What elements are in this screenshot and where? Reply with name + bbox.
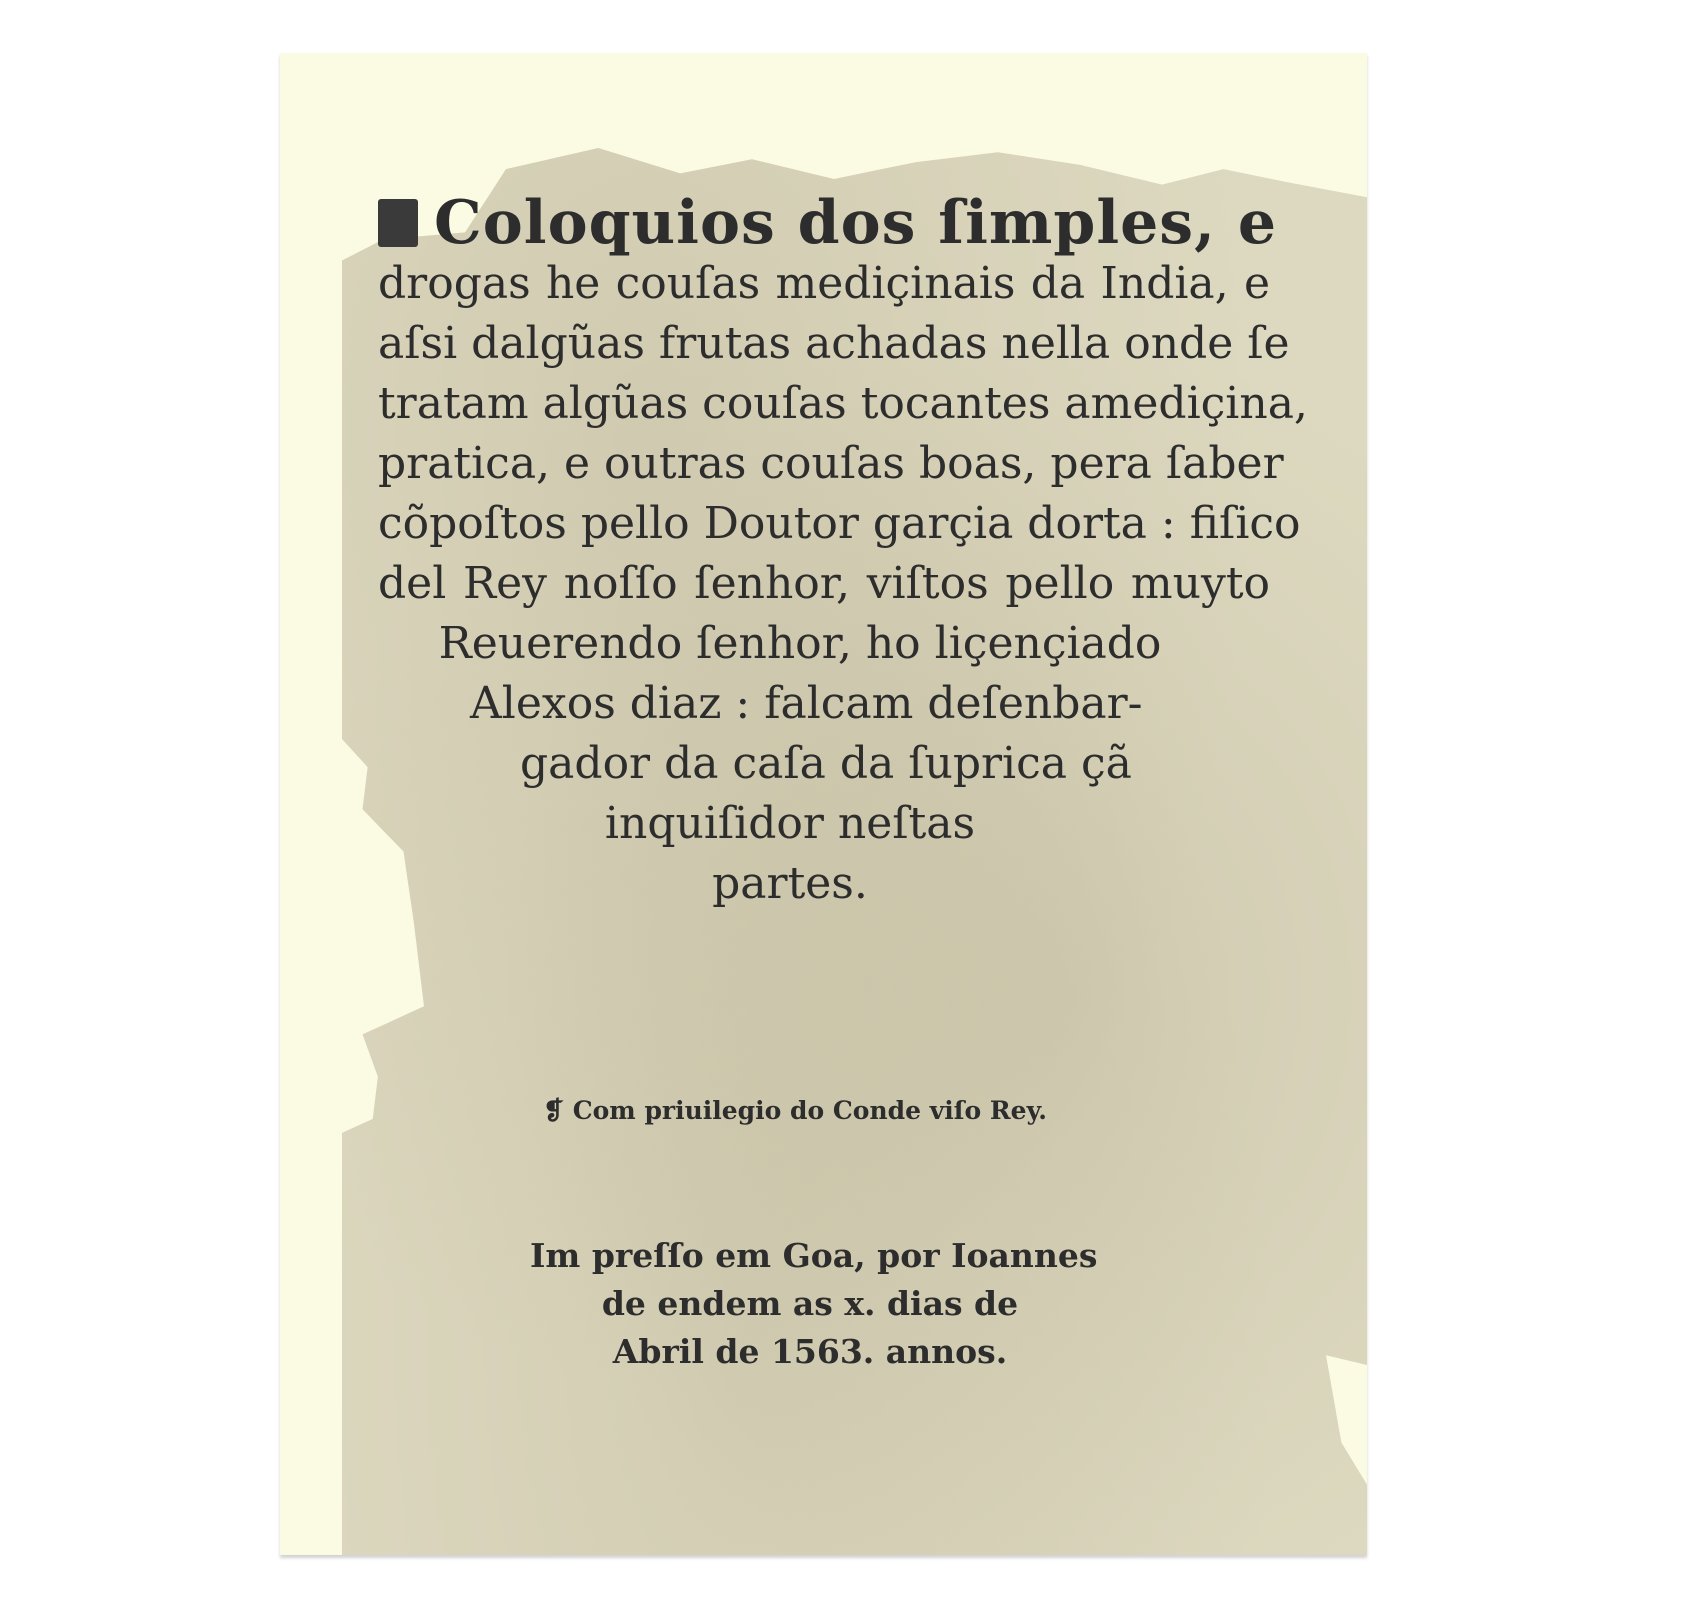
imprint-line-2: de endem as x. dias de	[560, 1284, 1060, 1323]
privilege-text: Com priuilegio do Conde viſo Rey.	[573, 1096, 1047, 1125]
centered-line-1: Reuerendo ſenhor, ho liçençiado	[420, 618, 1180, 669]
body-line-5: cõpoſtos pello Doutor garçia dorta : fiſ…	[378, 498, 1270, 549]
centered-line-2: Alexos diaz : falcam deſenbar-	[470, 678, 1120, 729]
title-text: Coloquios dos ſimples, e	[434, 188, 1277, 258]
body-line-4: pratica, e outras couſas boas, pera ſabe…	[378, 438, 1270, 489]
body-line-3: tratam algũas couſas tocantes amediçina,	[378, 378, 1270, 429]
imprint-line-1: Im preſſo em Goa, por Ioannes	[530, 1236, 1090, 1275]
centered-line-3: gador da caſa da ſuprica çã	[520, 738, 1080, 789]
body-line-1: drogas he couſas mediçinais da India, e	[378, 258, 1270, 309]
privilege-line: ❡ Com priuilegio do Conde viſo Rey.	[520, 1096, 1070, 1125]
body-line-2: aſsi dalgũas frutas achadas nella onde ſ…	[378, 318, 1270, 369]
title-line: Coloquios dos ſimples, e	[378, 188, 1277, 258]
body-line-6: del Rey noſſo ſenhor, viſtos pello muyto	[378, 558, 1270, 609]
centered-line-4: inquiſidor neſtas	[580, 798, 1000, 849]
imprint-line-3: Abril de 1563. annos.	[580, 1332, 1040, 1371]
centered-line-5: partes.	[640, 858, 940, 909]
pilcrow-icon	[378, 199, 418, 247]
pilcrow-icon: ❡	[543, 1096, 573, 1125]
